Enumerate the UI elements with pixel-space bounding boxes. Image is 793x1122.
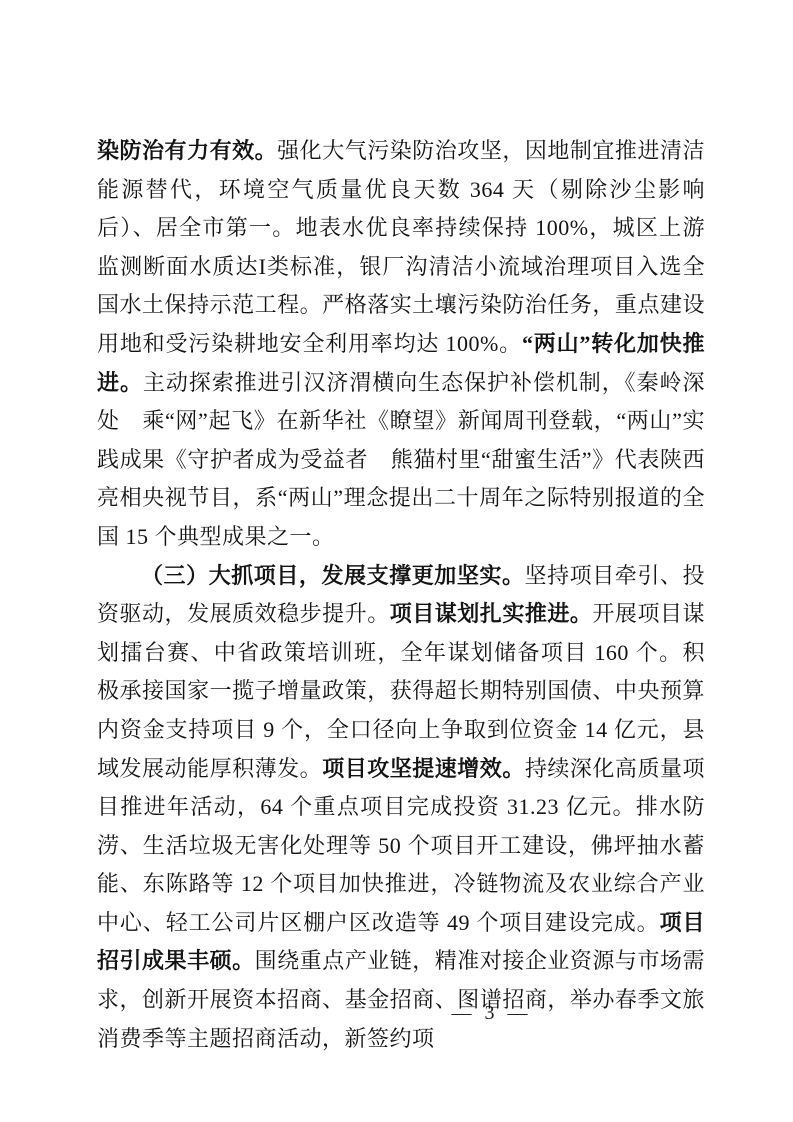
bold-phrase-project-planning: 项目谋划扎实推进。 [390,601,593,626]
text-run-two-mountains-results: 主动探索推进引汉济渭横向生态保护补偿机制，《秦岭深处 乘“网”起飞》在新华社《瞭… [97,370,705,549]
paragraph-pollution-control-continued: 染防治有力有效。强化大气污染防治攻坚，因地制宜推进清洁能源替代，环境空气质量优良… [97,132,705,557]
bold-heading-section-three: （三）大抓项目，发展支撑更加坚实。 [141,563,525,588]
text-run-project-planning-detail: 开展项目谋划擂台赛、中省政策培训班，全年谋划储备项目 160 个。积极承接国家一… [97,601,705,780]
paragraph-section-three-projects: （三）大抓项目，发展支撑更加坚实。坚持项目牵引、投资驱动，发展质效稳步提升。项目… [97,557,705,1059]
page-number: — 3 — [0,1002,793,1025]
bold-phrase-project-speedup: 项目攻坚提速增效。 [322,756,525,781]
body-text: 染防治有力有效。强化大气污染防治攻坚，因地制宜推进清洁能源替代，环境空气质量优良… [97,132,705,1058]
bold-phrase-pollution-effective: 染防治有力有效。 [97,138,277,163]
document-page: 染防治有力有效。强化大气污染防治攻坚，因地制宜推进清洁能源替代，环境空气质量优良… [0,0,793,1122]
text-run-environment-results: 强化大气污染防治攻坚，因地制宜推进清洁能源替代，环境空气质量优良天数 364 天… [97,138,705,356]
text-run-project-speedup-detail: 持续深化高质量项目推进年活动，64 个重点项目完成投资 31.23 亿元。排水防… [97,756,705,935]
